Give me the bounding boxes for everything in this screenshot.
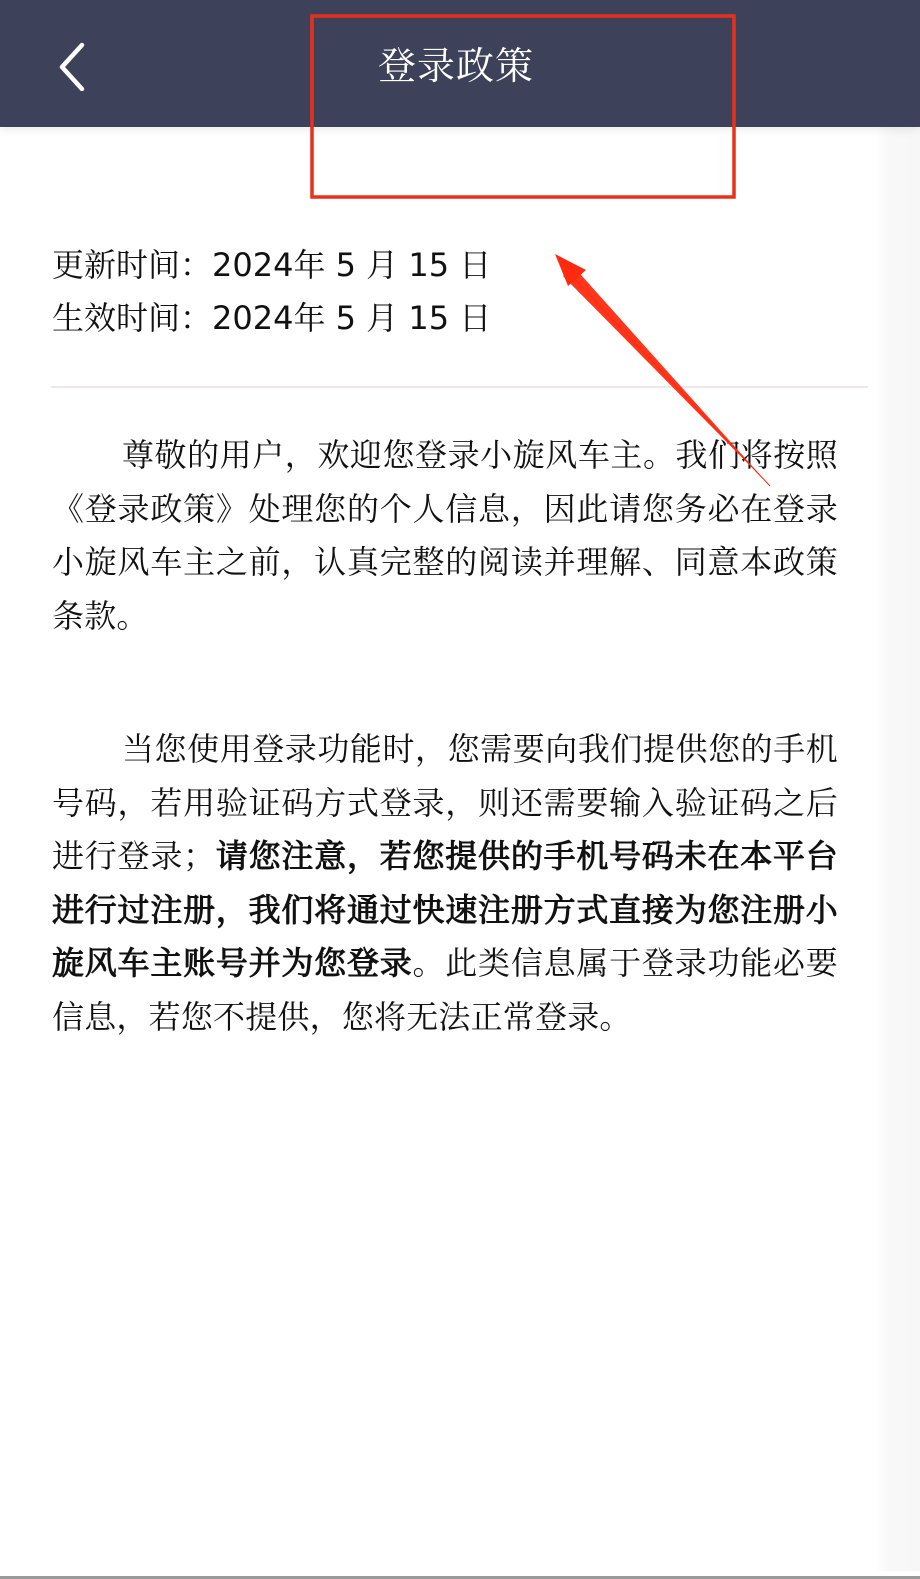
updated-value: 2024年 5 月 15 日: [212, 246, 491, 284]
chevron-left-icon: [57, 41, 87, 91]
policy-dates: 更新时间：2024年 5 月 15 日 生效时间：2024年 5 月 15 日: [52, 239, 491, 345]
updated-date-row: 更新时间：2024年 5 月 15 日: [52, 239, 491, 292]
updated-label: 更新时间：: [52, 246, 212, 284]
policy-paragraph-intro: 尊敬的用户，欢迎您登录小旋风车主。我们将按照《登录政策》处理您的个人信息，因此请…: [52, 429, 838, 643]
policy-paragraph-login: 当您使用登录功能时，您需要向我们提供您的手机号码，若用验证码方式登录，则还需要输…: [52, 723, 838, 1044]
divider: [51, 386, 868, 388]
page-title: 登录政策: [378, 40, 534, 92]
effective-label: 生效时间：: [52, 299, 212, 337]
scroll-edge: [876, 127, 920, 1571]
effective-value: 2024年 5 月 15 日: [212, 299, 491, 337]
nav-header: 登录政策: [0, 0, 920, 127]
effective-date-row: 生效时间：2024年 5 月 15 日: [52, 292, 491, 345]
back-button[interactable]: [50, 36, 94, 96]
